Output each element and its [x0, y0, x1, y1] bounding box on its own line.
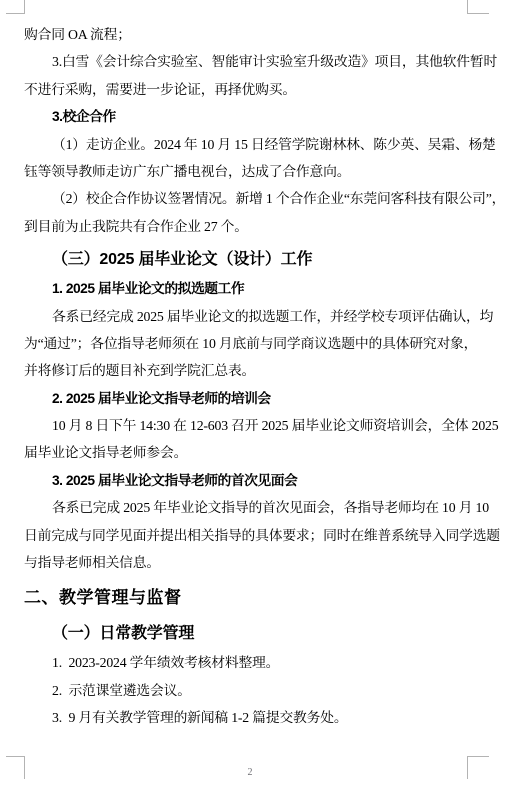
body-line: 钰等领导教师走访广东广播电视台，达成了合作意向。: [24, 158, 502, 185]
sub-heading: 3. 2025 届毕业论文指导老师的首次见面会: [24, 467, 502, 494]
body-line: 日前完成与同学见面并提出相关指导的具体要求；同时在维普系统导入同学选题: [24, 522, 502, 549]
body-line: 10 月 8 日下午 14:30 在 12-603 召开 2025 届毕业论文师…: [24, 412, 502, 439]
sub-heading: 2. 2025 届毕业论文指导老师的培训会: [24, 385, 502, 412]
body-line: （1）走访企业。2024 年 10 月 15 日经管学院谢林林、陈少英、吴霜、杨…: [24, 131, 502, 158]
text-boundary-mark-top-right: [467, 0, 489, 14]
body-line: 届毕业论文指导老师参会。: [24, 439, 502, 466]
body-line: 各系已经完成 2025 届毕业论文的拟选题工作，并经学校专项评估确认，均: [24, 303, 502, 330]
list-item: 3. 9 月有关教学管理的新闻稿 1-2 篇提交教务处。: [24, 704, 502, 731]
section-heading-2: （三）2025 届毕业论文（设计）工作: [24, 245, 502, 275]
list-item: 1. 2023-2024 学年绩效考核材料整理。: [24, 649, 502, 676]
body-line: 并将修订后的题目补充到学院汇总表。: [24, 357, 502, 384]
body-line: 不进行采购，需要进一步论证，再择优购买。: [24, 76, 502, 103]
text-boundary-mark-top-left: [6, 0, 25, 14]
text-layer: 购合同 OA 流程；3.白雪《会计综合实验室、智能审计实验室升级改造》项目，其他…: [24, 21, 502, 732]
section-heading-2: （一）日常教学管理: [24, 619, 502, 649]
section-heading-1: 二、教学管理与监督: [24, 582, 502, 614]
sub-heading: 3.校企合作: [24, 103, 502, 130]
body-line: 为“通过”；各位指导老师须在 10 月底前与同学商议选题中的具体研究对象，: [24, 330, 502, 357]
page-number: 2: [0, 767, 500, 778]
body-line: （2）校企合作协议签署情况。新增 1 个合作企业“东莞问客科技有限公司”，: [24, 185, 502, 212]
body-line: 各系已完成 2025 年毕业论文指导的首次见面会，各指导老师均在 10 月 10: [24, 494, 502, 521]
list-item: 2. 示范课堂遴选会议。: [24, 677, 502, 704]
body-line: 购合同 OA 流程；: [24, 21, 502, 48]
sub-heading: 1. 2025 届毕业论文的拟选题工作: [24, 275, 502, 302]
body-line: 到目前为止我院共有合作企业 27 个。: [24, 213, 502, 240]
body-line: 与指导老师相关信息。: [24, 549, 502, 576]
document-page: 购合同 OA 流程；3.白雪《会计综合实验室、智能审计实验室升级改造》项目，其他…: [0, 0, 522, 800]
body-line: 3.白雪《会计综合实验室、智能审计实验室升级改造》项目，其他软件暂时: [24, 48, 502, 75]
